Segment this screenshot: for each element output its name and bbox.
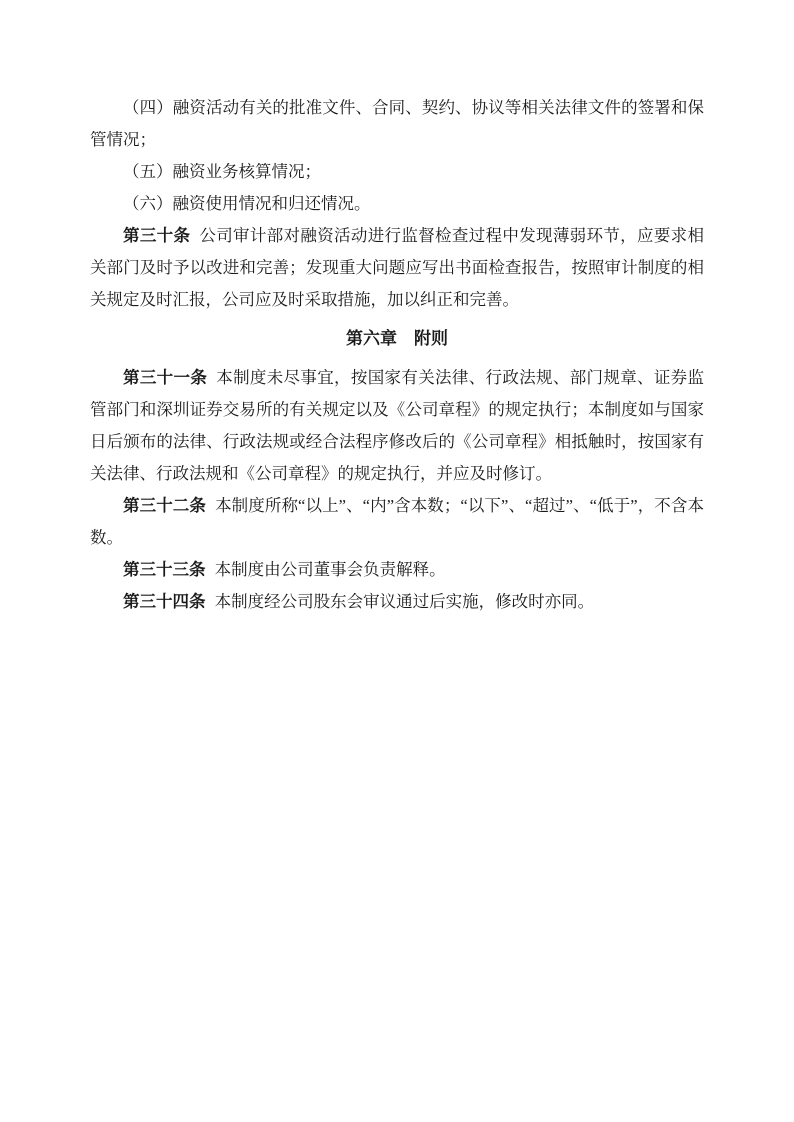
clause-text: （六）融资使用情况和归还情况。 <box>123 194 371 213</box>
document-page: （四）融资活动有关的批准文件、合同、契约、协议等相关法律文件的签署和保管情况； … <box>0 0 794 1122</box>
clause-item-6: （六）融资使用情况和归还情况。 <box>90 188 704 220</box>
article-33-number: 第三十三条 <box>123 560 206 579</box>
clause-item-4: （四）融资活动有关的批准文件、合同、契约、协议等相关法律文件的签署和保管情况； <box>90 92 704 156</box>
article-34-text: 本制度经公司股东会审议通过后实施，修改时亦同。 <box>215 592 595 611</box>
article-32: 第三十二条本制度所称“以上”、“内”含本数；“以下”、“超过”、“低于”，不含本… <box>90 490 704 554</box>
article-34-number: 第三十四条 <box>123 592 206 611</box>
article-30: 第三十条公司审计部对融资活动进行监督检查过程中发现薄弱环节，应要求相关部门及时予… <box>90 220 704 316</box>
clause-text: （五）融资业务核算情况； <box>123 162 321 181</box>
article-32-number: 第三十二条 <box>123 496 206 515</box>
chapter-6-heading: 第六章 附则 <box>90 323 704 355</box>
article-31-number: 第三十一条 <box>123 368 207 387</box>
article-31: 第三十一条本制度未尽事宜，按国家有关法律、行政法规、部门规章、证券监管部门和深圳… <box>90 362 704 490</box>
article-30-number: 第三十条 <box>123 226 190 245</box>
article-34: 第三十四条本制度经公司股东会审议通过后实施，修改时亦同。 <box>90 586 704 618</box>
clause-text: （四）融资活动有关的批准文件、合同、契约、协议等相关法律文件的签署和保管情况； <box>90 98 704 149</box>
clause-item-5: （五）融资业务核算情况； <box>90 156 704 188</box>
article-33-text: 本制度由公司董事会负责解释。 <box>215 560 446 579</box>
article-33: 第三十三条本制度由公司董事会负责解释。 <box>90 554 704 586</box>
